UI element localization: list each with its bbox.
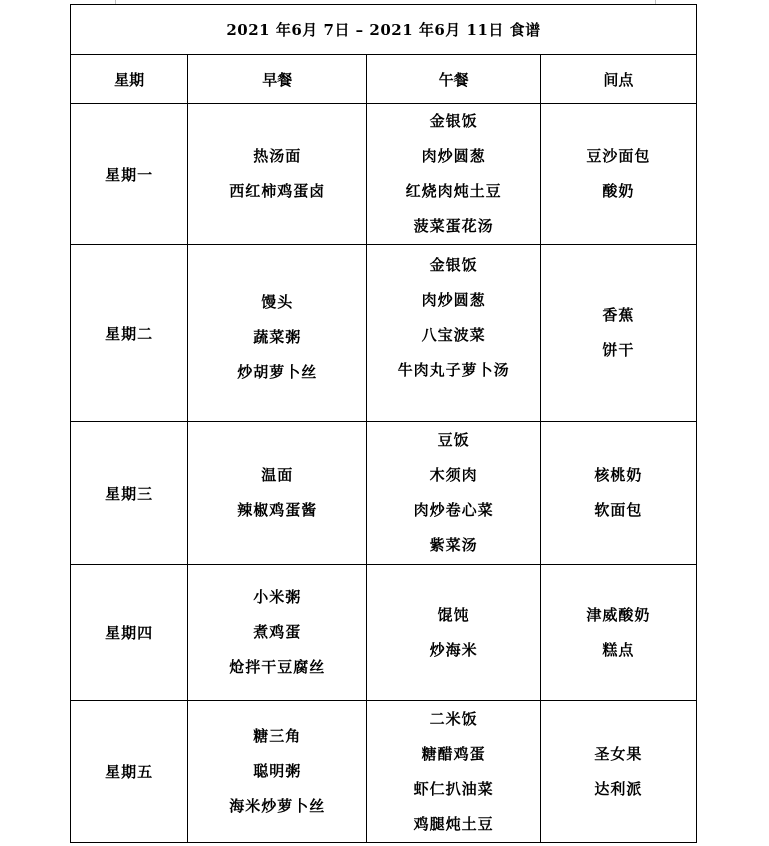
header-lunch: 午餐 xyxy=(367,55,540,104)
day-label: 星期三 xyxy=(105,485,153,503)
snack-item: 酸奶 xyxy=(541,174,696,209)
lunch-item: 糖醋鸡蛋 xyxy=(367,737,539,772)
header-row: 星期 早餐 午餐 间点 xyxy=(71,55,697,104)
breakfast-item: 炝拌干豆腐丝 xyxy=(188,650,366,685)
snack-cell: 豆沙面包 酸奶 xyxy=(540,104,696,245)
breakfast-item: 蔬菜粥 xyxy=(188,320,366,355)
breakfast-cell: 热汤面 西红柿鸡蛋卤 xyxy=(188,104,367,245)
breakfast-cell: 小米粥 煮鸡蛋 炝拌干豆腐丝 xyxy=(188,565,367,701)
lunch-item: 肉炒卷心菜 xyxy=(367,493,539,528)
weekly-menu-table: 2021 年6月 7日 – 2021 年6月 11日 食谱 星期 早餐 午餐 间… xyxy=(70,4,697,843)
lunch-item: 豆饭 xyxy=(367,423,539,458)
lunch-cell: 金银饭 肉炒圆葱 八宝波菜 牛肉丸子萝卜汤 xyxy=(367,245,540,422)
lunch-item: 牛肉丸子萝卜汤 xyxy=(367,353,539,388)
breakfast-item: 海米炒萝卜丝 xyxy=(188,789,366,824)
lunch-item: 馄饨 xyxy=(367,598,539,633)
day-cell: 星期一 xyxy=(71,104,188,245)
snack-item: 软面包 xyxy=(541,493,696,528)
day-cell: 星期四 xyxy=(71,565,188,701)
snack-item: 津威酸奶 xyxy=(541,598,696,633)
title-row: 2021 年6月 7日 – 2021 年6月 11日 食谱 xyxy=(71,5,697,55)
table-row-thursday: 星期四 小米粥 煮鸡蛋 炝拌干豆腐丝 馄饨 炒海米 津威酸奶 糕点 xyxy=(71,565,697,701)
lunch-item: 二米饭 xyxy=(367,702,539,737)
lunch-item: 金银饭 xyxy=(367,248,539,283)
snack-cell: 香蕉 饼干 xyxy=(540,245,696,422)
snack-item: 饼干 xyxy=(541,333,696,368)
breakfast-cell: 糖三角 聪明粥 海米炒萝卜丝 xyxy=(188,701,367,843)
lunch-item: 紫菜汤 xyxy=(367,528,539,563)
breakfast-cell: 馒头 蔬菜粥 炒胡萝卜丝 xyxy=(188,245,367,422)
breakfast-item: 炒胡萝卜丝 xyxy=(188,355,366,390)
day-cell: 星期二 xyxy=(71,245,188,422)
breakfast-item: 小米粥 xyxy=(188,580,366,615)
breakfast-item: 温面 xyxy=(188,458,366,493)
lunch-item: 菠菜蛋花汤 xyxy=(367,209,539,244)
day-label: 星期五 xyxy=(105,763,153,781)
day-cell: 星期五 xyxy=(71,701,188,843)
table-row-wednesday: 星期三 温面 辣椒鸡蛋酱 豆饭 木须肉 肉炒卷心菜 紫菜汤 核桃奶 软面包 xyxy=(71,422,697,565)
snack-item: 豆沙面包 xyxy=(541,139,696,174)
lunch-item: 八宝波菜 xyxy=(367,318,539,353)
snack-cell: 圣女果 达利派 xyxy=(540,701,696,843)
breakfast-item: 聪明粥 xyxy=(188,754,366,789)
snack-cell: 津威酸奶 糕点 xyxy=(540,565,696,701)
breakfast-item: 糖三角 xyxy=(188,719,366,754)
header-day: 星期 xyxy=(71,55,188,104)
breakfast-item: 煮鸡蛋 xyxy=(188,615,366,650)
snack-item: 达利派 xyxy=(541,772,696,807)
breakfast-item: 馒头 xyxy=(188,285,366,320)
lunch-item: 虾仁扒油菜 xyxy=(367,772,539,807)
lunch-item: 鸡腿炖土豆 xyxy=(367,807,539,842)
snack-cell: 核桃奶 软面包 xyxy=(540,422,696,565)
lunch-cell: 金银饭 肉炒圆葱 红烧肉炖土豆 菠菜蛋花汤 xyxy=(367,104,540,245)
menu-title: 2021 年6月 7日 – 2021 年6月 11日 食谱 xyxy=(71,5,697,55)
lunch-item: 肉炒圆葱 xyxy=(367,139,539,174)
snack-item: 圣女果 xyxy=(541,737,696,772)
breakfast-item: 热汤面 xyxy=(188,139,366,174)
header-snack: 间点 xyxy=(540,55,696,104)
lunch-item: 红烧肉炖土豆 xyxy=(367,174,539,209)
lunch-cell: 馄饨 炒海米 xyxy=(367,565,540,701)
snack-item: 香蕉 xyxy=(541,298,696,333)
snack-item: 糕点 xyxy=(541,633,696,668)
table-row-friday: 星期五 糖三角 聪明粥 海米炒萝卜丝 二米饭 糖醋鸡蛋 虾仁扒油菜 鸡腿炖土豆 … xyxy=(71,701,697,843)
day-label: 星期一 xyxy=(105,166,153,184)
lunch-cell: 二米饭 糖醋鸡蛋 虾仁扒油菜 鸡腿炖土豆 xyxy=(367,701,540,843)
header-breakfast: 早餐 xyxy=(188,55,367,104)
breakfast-item: 辣椒鸡蛋酱 xyxy=(188,493,366,528)
day-label: 星期四 xyxy=(105,624,153,642)
table-row-tuesday: 星期二 馒头 蔬菜粥 炒胡萝卜丝 金银饭 肉炒圆葱 八宝波菜 牛肉丸子萝卜汤 香… xyxy=(71,245,697,422)
lunch-item: 炒海米 xyxy=(367,633,539,668)
lunch-item: 木须肉 xyxy=(367,458,539,493)
day-label: 星期二 xyxy=(105,325,153,343)
table-row-monday: 星期一 热汤面 西红柿鸡蛋卤 金银饭 肉炒圆葱 红烧肉炖土豆 菠菜蛋花汤 豆沙面… xyxy=(71,104,697,245)
day-cell: 星期三 xyxy=(71,422,188,565)
snack-item: 核桃奶 xyxy=(541,458,696,493)
lunch-item: 肉炒圆葱 xyxy=(367,283,539,318)
breakfast-item: 西红柿鸡蛋卤 xyxy=(188,174,366,209)
breakfast-cell: 温面 辣椒鸡蛋酱 xyxy=(188,422,367,565)
lunch-item: 金银饭 xyxy=(367,104,539,139)
lunch-cell: 豆饭 木须肉 肉炒卷心菜 紫菜汤 xyxy=(367,422,540,565)
